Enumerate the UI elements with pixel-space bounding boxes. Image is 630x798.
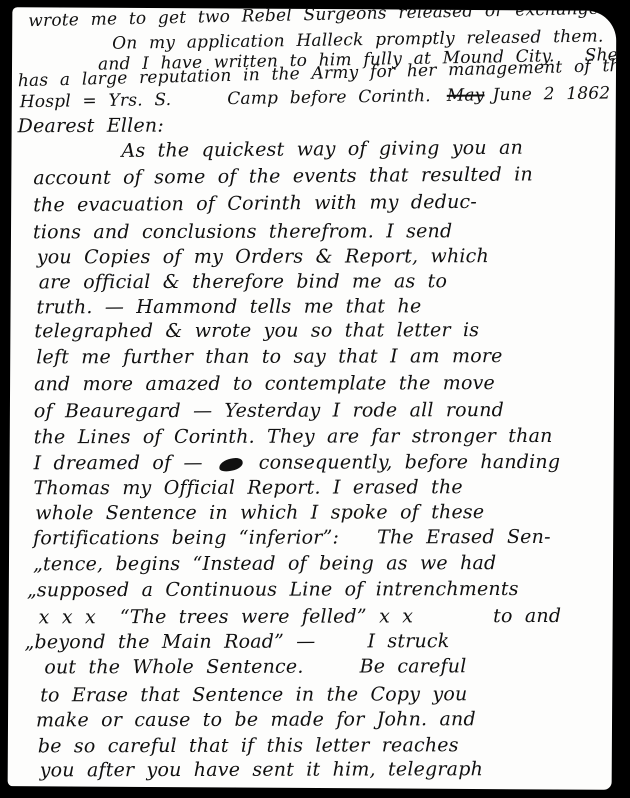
letter-page: wrote me to get two Rebel Surgeons relea… (8, 7, 617, 790)
handwritten-text: whole Sentence in which I spoke of these (35, 503, 484, 524)
letter-line: „supposed a Continuous Line of intrenchm… (27, 580, 519, 601)
letter-line: tions and conclusions therefrom. I send (33, 222, 452, 243)
handwritten-text: Be careful (360, 657, 467, 677)
handwritten-text: June 2 1862 (492, 85, 610, 105)
handwritten-text: the evacuation of Corinth with my deduc- (33, 193, 477, 216)
handwritten-text: As the quickest way of giving you an (121, 139, 523, 162)
letter-line: you after you have sent it him, telegrap… (40, 760, 483, 781)
handwritten-text: „supposed a Continuous Line of intrenchm… (27, 580, 519, 601)
letter-line: and more amazed to contemplate the move (34, 374, 495, 395)
handwritten-text: Camp before Corinth. (227, 88, 431, 109)
handwritten-text: you after you have sent it him, telegrap… (40, 760, 483, 781)
handwritten-text: and more amazed to contemplate the move (34, 374, 495, 395)
handwritten-text: Thomas my Official Report. I erased the (33, 478, 462, 499)
handwritten-text: telegraphed & wrote you so that letter i… (34, 321, 479, 342)
scanned-letter-frame: wrote me to get two Rebel Surgeons relea… (0, 0, 630, 798)
letter-line: Dearest Ellen: (18, 117, 164, 138)
letter-line: out the Whole Sentence.Be careful (44, 657, 466, 678)
handwritten-text: you Copies of my Orders & Report, which (37, 247, 489, 268)
handwritten-text: “The trees were felled” x x (120, 607, 413, 628)
handwritten-text: left me further than to say that I am mo… (36, 347, 502, 368)
handwritten-text: „beyond the Main Road” — (24, 632, 315, 653)
letter-line: fortifications being “inferior”:The Eras… (33, 528, 551, 549)
handwritten-text: Hospl = Yrs. S. (20, 92, 172, 112)
handwritten-text: be so careful that if this letter reache… (38, 736, 459, 757)
letter-line: left me further than to say that I am mo… (36, 347, 502, 368)
ink-blot-icon (218, 457, 244, 473)
letter-line: As the quickest way of giving you an (121, 139, 523, 162)
handwritten-text: x x x (39, 608, 96, 628)
handwritten-text: „tence, begins “Instead of being as we h… (33, 554, 496, 575)
handwritten-text: Dearest Ellen: (18, 117, 164, 138)
handwritten-text: The Erased Sen- (377, 528, 551, 548)
handwritten-text: fortifications being “inferior”: (33, 528, 339, 549)
letter-line: „tence, begins “Instead of being as we h… (33, 554, 496, 575)
letter-line: of Beauregard — Yesterday I rode all rou… (34, 401, 504, 422)
handwritten-text: the Lines of Corinth. They are far stron… (34, 427, 553, 448)
letter-line: Thomas my Official Report. I erased the (33, 478, 462, 499)
handwritten-text: consequently, before handing (259, 453, 561, 474)
handwritten-text: I dreamed of — (34, 454, 203, 474)
handwritten-text: May (447, 87, 485, 105)
handwritten-text: to Erase that Sentence in the Copy you (40, 685, 467, 706)
letter-line: telegraphed & wrote you so that letter i… (34, 321, 479, 342)
letter-line: the evacuation of Corinth with my deduc- (33, 193, 477, 216)
handwritten-text: I struck (367, 632, 449, 652)
handwritten-text: make or cause to be made for John. and (36, 710, 476, 731)
handwritten-text: tions and conclusions therefrom. I send (33, 222, 452, 243)
letter-line: x x x“The trees were felled” x xto and (39, 607, 562, 628)
handwritten-text: truth. — Hammond tells me that he (37, 297, 422, 318)
letter-line: to Erase that Sentence in the Copy you (40, 685, 467, 706)
handwritten-text: are official & therefore bind me as to (39, 272, 448, 293)
handwritten-text: to and (493, 607, 561, 627)
letter-line: „beyond the Main Road” —I struck (24, 632, 449, 653)
letter-line: Hospl = Yrs. S.Camp before Corinth.MayJu… (20, 85, 611, 112)
letter-line: account of some of the events that resul… (33, 165, 533, 189)
handwritten-text: of Beauregard — Yesterday I rode all rou… (34, 401, 504, 422)
letter-line: make or cause to be made for John. and (36, 710, 476, 731)
letter-line: the Lines of Corinth. They are far stron… (34, 427, 553, 448)
letter-line: truth. — Hammond tells me that he (37, 297, 422, 318)
letter-line: you Copies of my Orders & Report, which (37, 247, 489, 268)
letter-line: be so careful that if this letter reache… (38, 736, 459, 757)
letter-line: I dreamed of —consequently, before handi… (34, 453, 561, 474)
letter-line: are official & therefore bind me as to (39, 272, 448, 293)
letter-line: whole Sentence in which I spoke of these (35, 503, 484, 524)
handwritten-text: out the Whole Sentence. (44, 658, 303, 679)
handwritten-text: account of some of the events that resul… (33, 165, 533, 189)
